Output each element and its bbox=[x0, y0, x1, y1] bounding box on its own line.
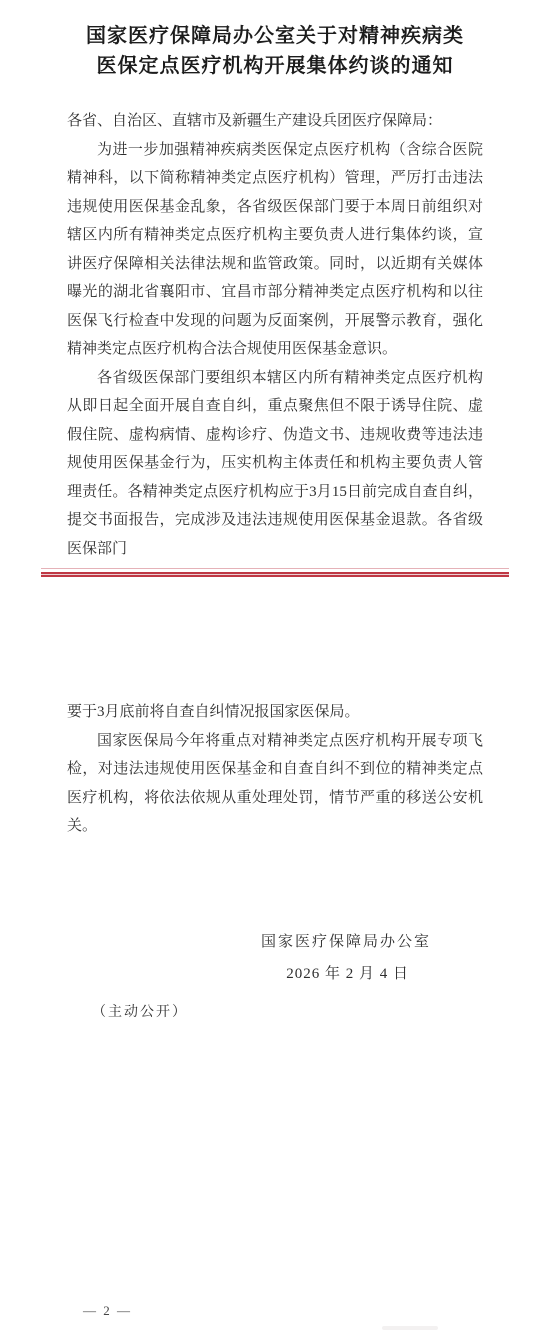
body-paragraph-2-before-page-break: 各省级医保部门要组织本辖区内所有精神类定点医疗机构从即日起全面开展自查自纠，重点… bbox=[67, 364, 483, 564]
page-break-gap bbox=[67, 577, 483, 698]
salutation-line: 各省、自治区、直辖市及新疆生产建设兵团医疗保障局： bbox=[67, 107, 483, 136]
page-number: — 2 — bbox=[83, 1303, 132, 1319]
document-title: 国家医疗保障局办公室关于对精神疾病类 医保定点医疗机构开展集体约谈的通知 bbox=[67, 0, 483, 81]
document-page: 国家医疗保障局办公室关于对精神疾病类 医保定点医疗机构开展集体约谈的通知 各省、… bbox=[67, 0, 483, 1021]
signature-date: 2026 年 2 月 4 日 bbox=[67, 957, 483, 991]
signature-block: 国家医疗保障局办公室 2026 年 2 月 4 日 bbox=[67, 927, 483, 991]
body-paragraph-3: 国家医保局今年将重点对精神类定点医疗机构开展专项飞检，对违法违规使用医保基金和自… bbox=[67, 727, 483, 841]
body-paragraph-2-after-page-break: 要于3月底前将自查自纠情况报国家医保局。 bbox=[67, 698, 483, 727]
page-break-divider-thin-line bbox=[41, 568, 509, 569]
bottom-edge-artifact bbox=[382, 1326, 438, 1330]
body-paragraph-1: 为进一步加强精神疾病类医保定点医疗机构（含综合医院精神科，以下简称精神类定点医疗… bbox=[67, 136, 483, 364]
document-title-line-2: 医保定点医疗机构开展集体约谈的通知 bbox=[67, 51, 483, 81]
document-title-line-1: 国家医疗保障局办公室关于对精神疾病类 bbox=[67, 21, 483, 51]
signature-issuer: 国家医疗保障局办公室 bbox=[67, 927, 483, 957]
page-break-divider bbox=[41, 568, 509, 577]
disclosure-note: （主动公开） bbox=[67, 1001, 483, 1021]
